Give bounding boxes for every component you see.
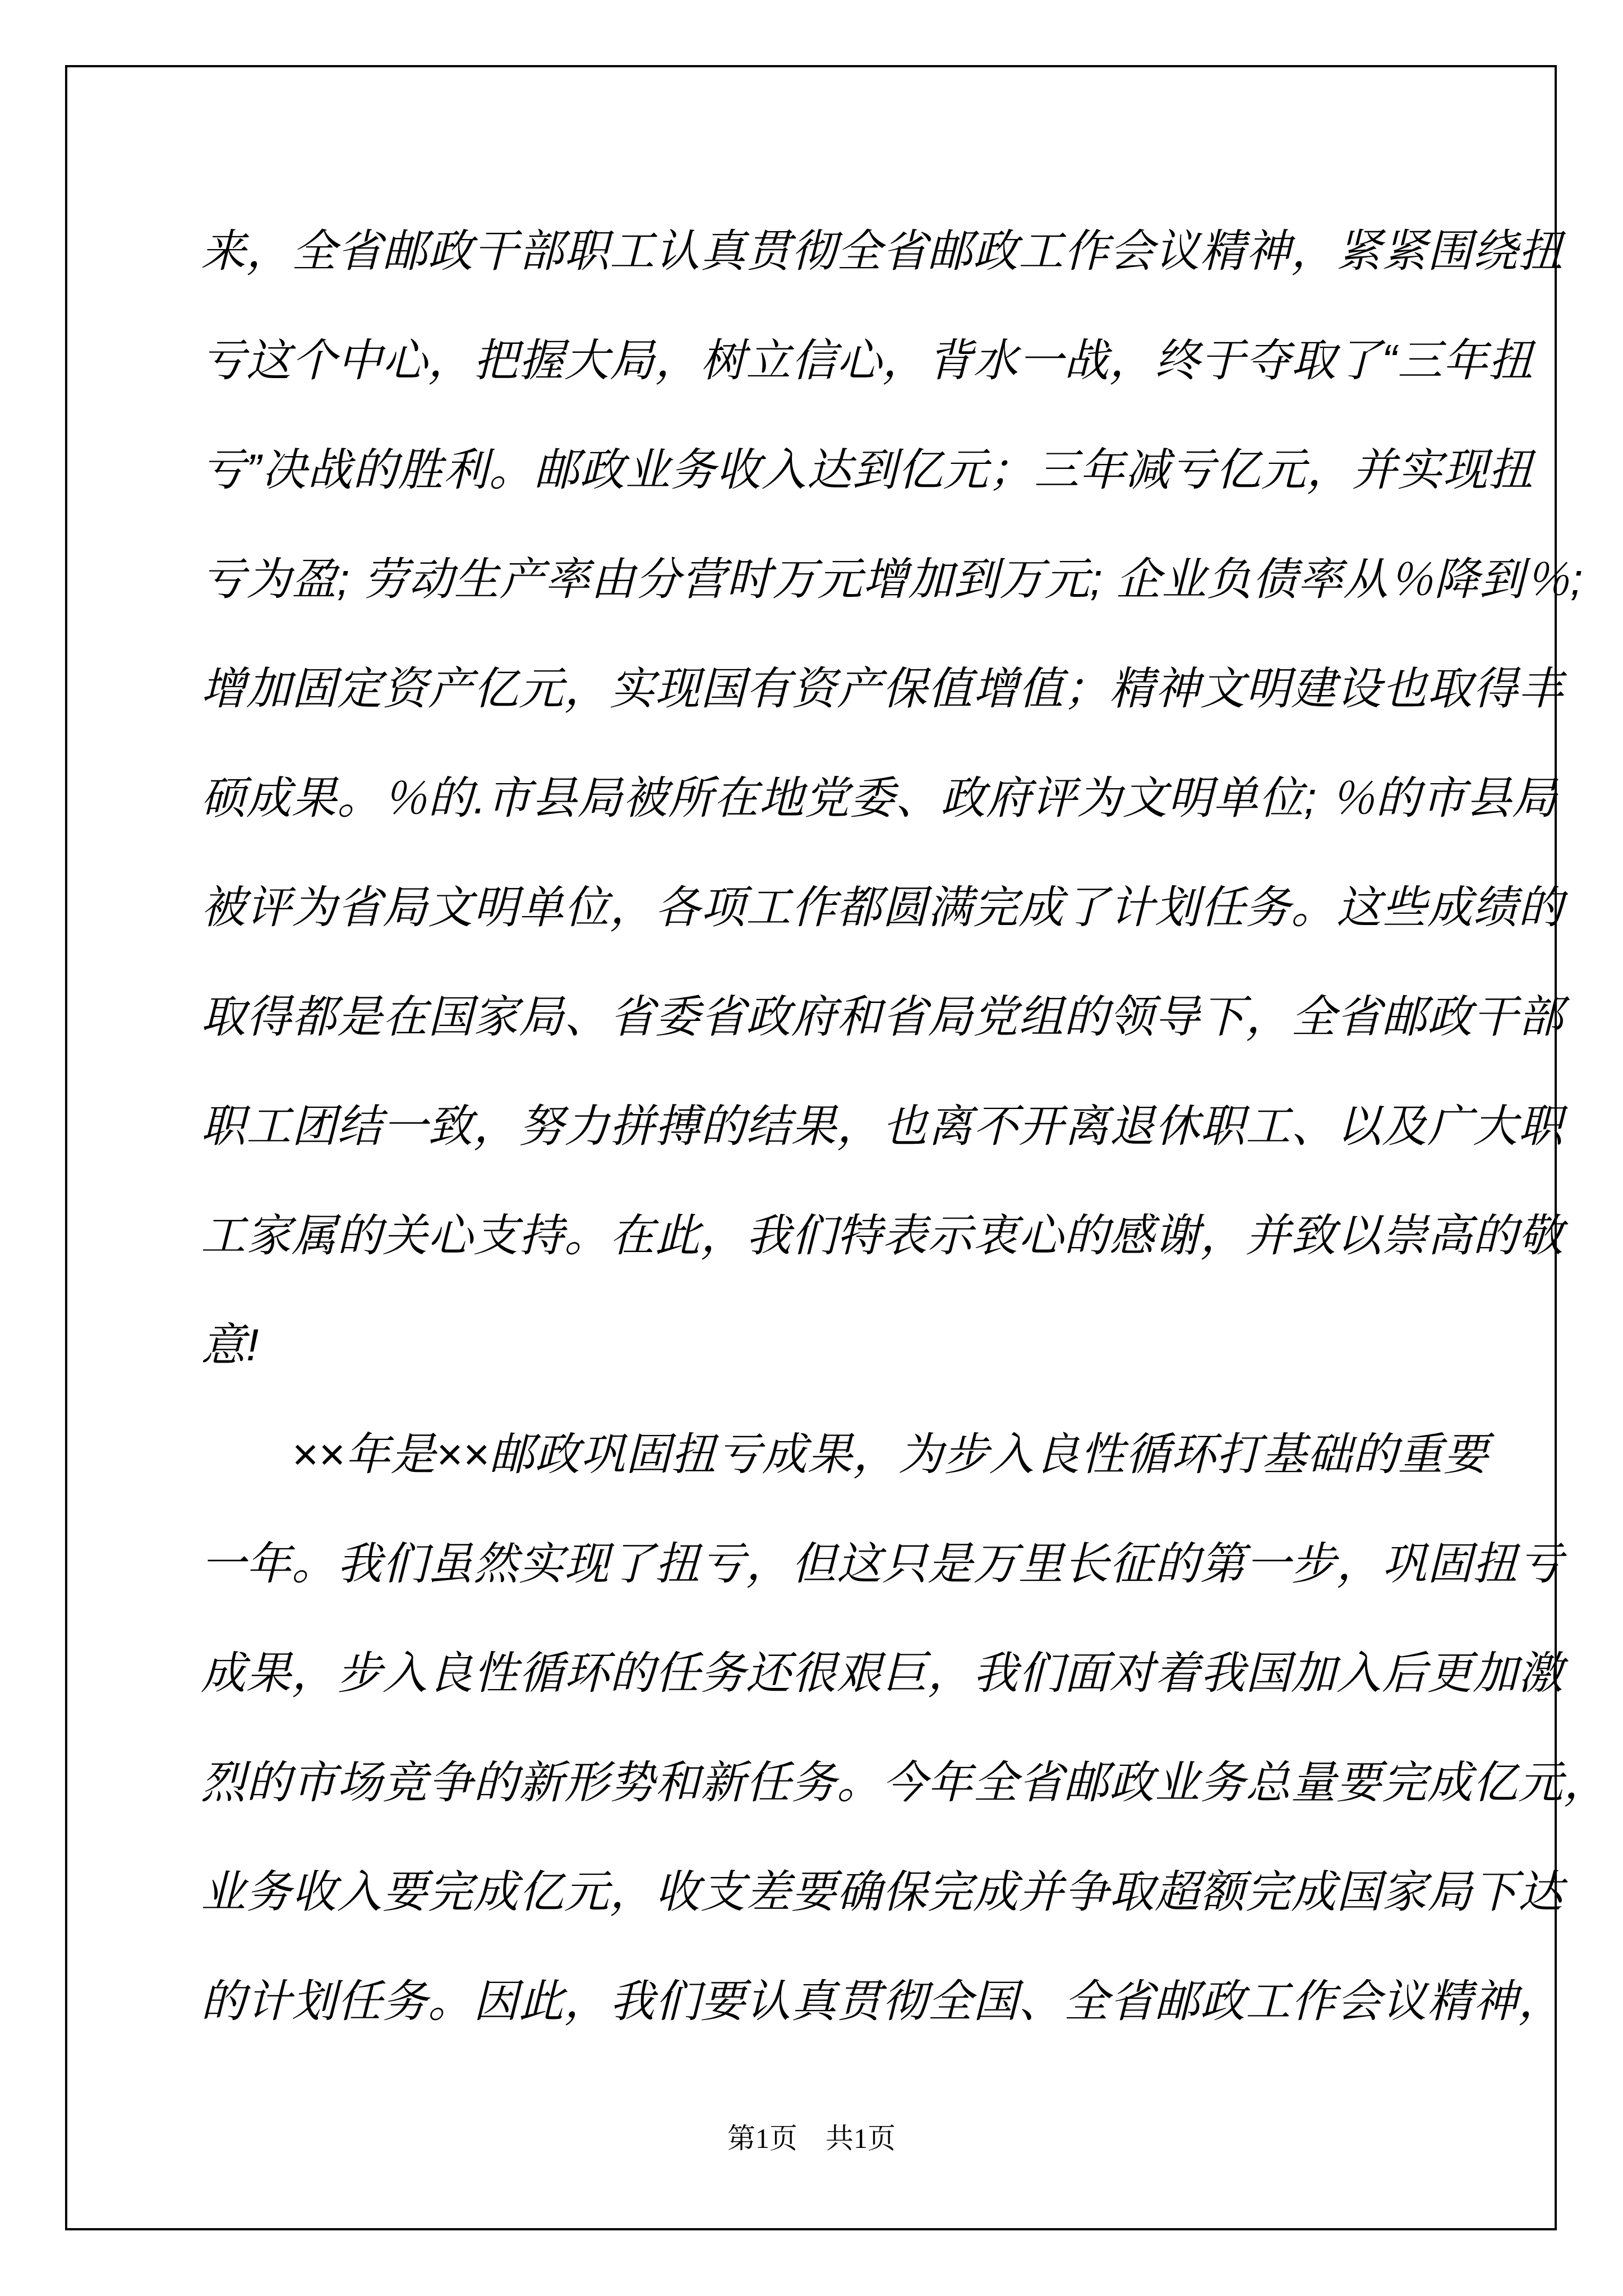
body-line: 的计划任务。因此，我们要认真贯彻全国、全省邮政工作会议精神， [201, 1947, 1435, 2056]
document-body: 来，全省邮政干部职工认真贯彻全省邮政工作会议精神，紧紧围绕扭 亏这个中心，把握大… [201, 196, 1435, 2056]
body-line: 被评为省局文明单位，各项工作都圆满完成了计划任务。这些成绩的 [201, 853, 1435, 962]
body-line-paragraph-start: ××年是××邮政巩固扭亏成果，为步入良性循环打基础的重要 [201, 1400, 1435, 1509]
body-line: 一年。我们虽然实现了扭亏，但这只是万里长征的第一步，巩固扭亏 [201, 1509, 1435, 1618]
body-line: 来，全省邮政干部职工认真贯彻全省邮政工作会议精神，紧紧围绕扭 [201, 196, 1435, 306]
body-line: 硕成果。％的.市县局被所在地党委、政府评为文明单位; ％的市县局 [201, 743, 1435, 853]
document-page: 来，全省邮政干部职工认真贯彻全省邮政工作会议精神，紧紧围绕扭 亏这个中心，把握大… [0, 0, 1623, 2296]
body-line: 工家属的关心支持。在此，我们特表示衷心的感谢，并致以崇高的敬 [201, 1181, 1435, 1290]
body-line: 意! [201, 1290, 1435, 1400]
body-line: 业务收入要完成亿元，收支差要确保完成并争取超额完成国家局下达 [201, 1837, 1435, 1947]
body-line: 亏为盈; 劳动生产率由分营时万元增加到万元; 企业负债率从％降到％; [201, 524, 1435, 634]
body-line: 职工团结一致，努力拼搏的结果，也离不开离退休职工、以及广大职 [201, 1071, 1435, 1181]
body-line: 亏”决战的胜利。邮政业务收入达到亿元；三年减亏亿元，并实现扭 [201, 415, 1435, 524]
body-line: 增加固定资产亿元，实现国有资产保值增值；精神文明建设也取得丰 [201, 634, 1435, 743]
body-line: 亏这个中心，把握大局，树立信心，背水一战，终于夺取了“三年扭 [201, 306, 1435, 415]
body-line: 取得都是在国家局、省委省政府和省局党组的领导下，全省邮政干部 [201, 962, 1435, 1071]
body-line: 烈的市场竞争的新形势和新任务。今年全省邮政业务总量要完成亿元， [201, 1728, 1435, 1837]
body-line: 成果，步入良性循环的任务还很艰巨，我们面对着我国加入后更加激 [201, 1618, 1435, 1728]
page-number-footer: 第1页 共1页 [0, 2110, 1623, 2166]
